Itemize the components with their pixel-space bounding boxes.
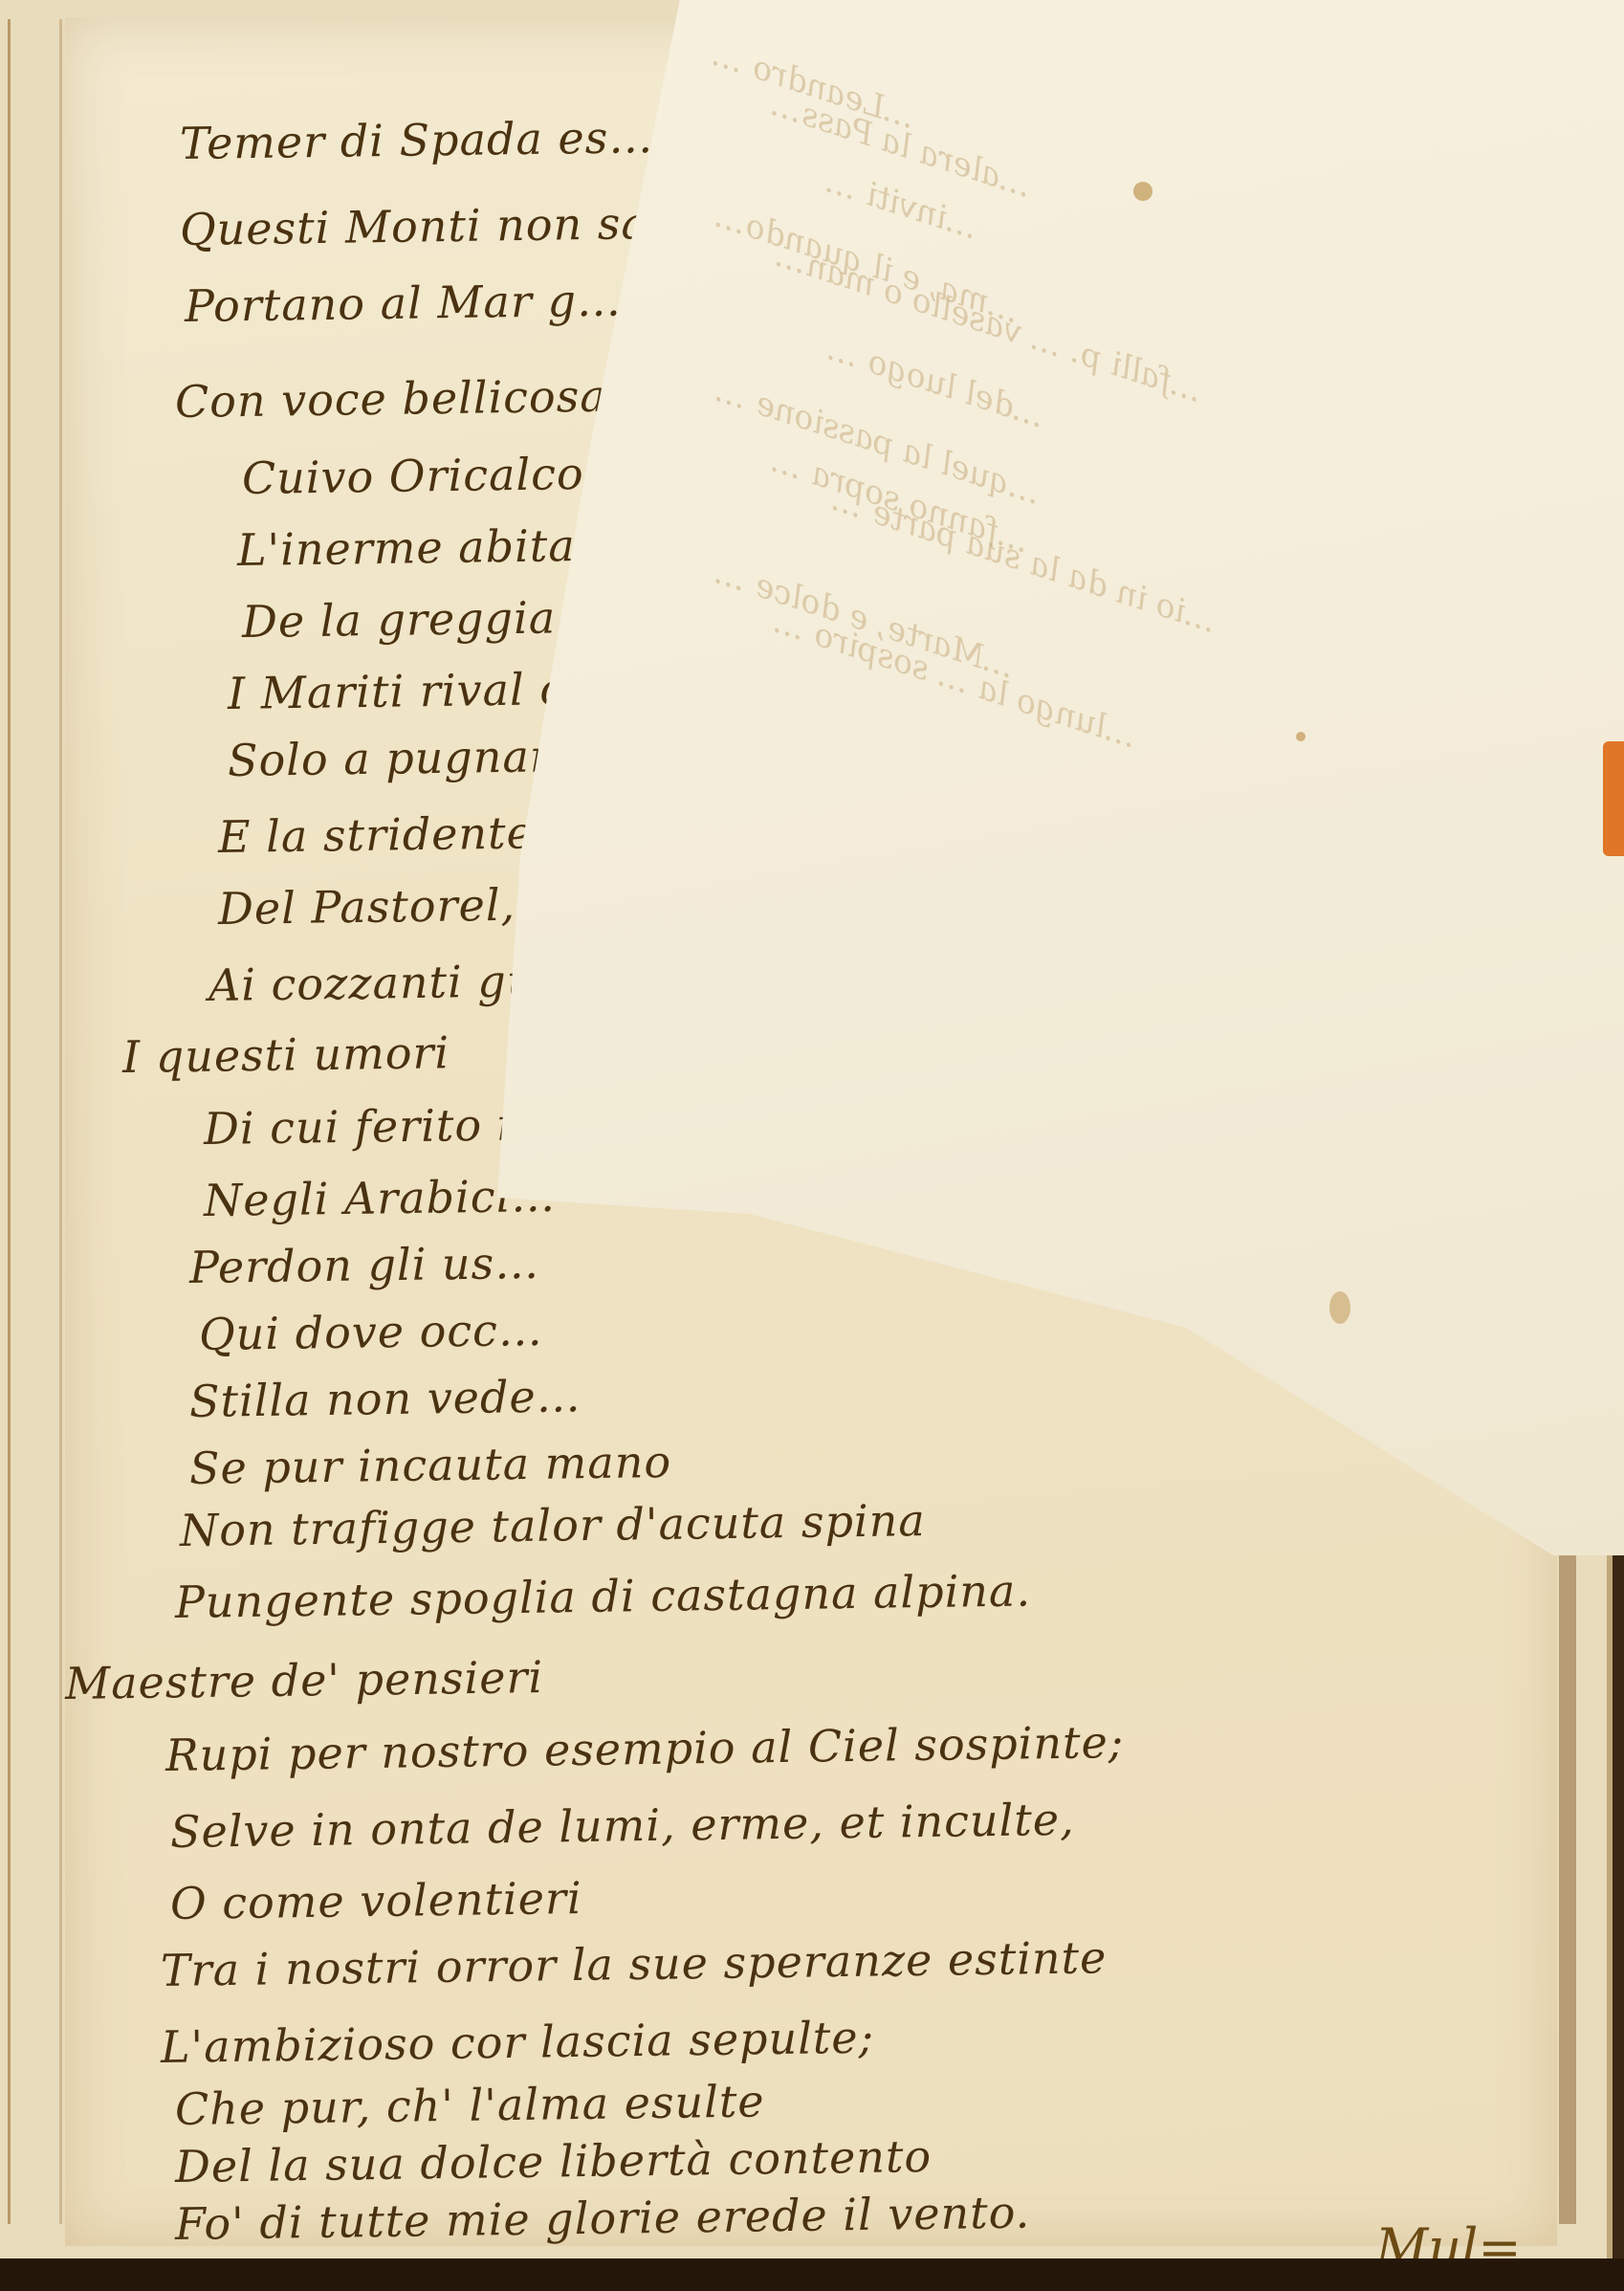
- manuscript-line: Fo' di tutte mie glorie erede il vento.: [175, 2187, 1031, 2250]
- manuscript-line: Non trafigge talor d'acuta spina: [180, 1494, 926, 1556]
- manuscript-line: Del la sua dolce libertà contento: [175, 2130, 933, 2192]
- manuscript-line: Pungente spoglia di castagna alpina.: [175, 1565, 1032, 1628]
- manuscript-line: Stilla non vede…: [189, 1370, 582, 1427]
- faded-offset-text: …lungo la … sospiro …: [769, 602, 1143, 756]
- page-edge: [8, 19, 11, 2224]
- manuscript-line: Perdon gli us…: [189, 1237, 540, 1293]
- manuscript-line: O come volentieri: [170, 1872, 582, 1929]
- manuscript-line: Con voce bellicosa: [175, 370, 607, 428]
- manuscript-line: Che pur, ch' l'alma esulte: [175, 2075, 765, 2135]
- bottom-shadow: [0, 2258, 1624, 2291]
- manuscript-line: Selve in onta de lumi, erme, et inculte,: [170, 1794, 1075, 1858]
- foxing-spot: [1329, 1291, 1350, 1324]
- manuscript-line: Questi Monti non sa…: [180, 197, 694, 255]
- manuscript-line: Tra i nostri orror la sue speranze estin…: [161, 1931, 1108, 1996]
- manuscript-line: Rupi per nostro esempio al Ciel sospinte…: [165, 1716, 1125, 1781]
- manuscript-line: L'ambizioso cor lascia sepulte;: [161, 2012, 875, 2073]
- page-edge: [59, 19, 62, 2224]
- manuscript-line: Maestre de' pensieri: [65, 1651, 544, 1709]
- orange-marker-tab: [1603, 741, 1624, 856]
- manuscript-line: Temer di Spada es…: [180, 111, 654, 169]
- manuscript-line: Qui dove occ…: [199, 1304, 544, 1360]
- ink-stain: [1296, 732, 1306, 741]
- manuscript-line: Se pur incauta mano: [189, 1436, 672, 1494]
- manuscript-line: Portano al Mar g…: [185, 275, 623, 332]
- manuscript-line: I questi umori: [122, 1026, 450, 1083]
- manuscript-photo: Temer di Spada es…Questi Monti non sa…Po…: [0, 0, 1624, 2291]
- ink-stain: [1133, 182, 1152, 201]
